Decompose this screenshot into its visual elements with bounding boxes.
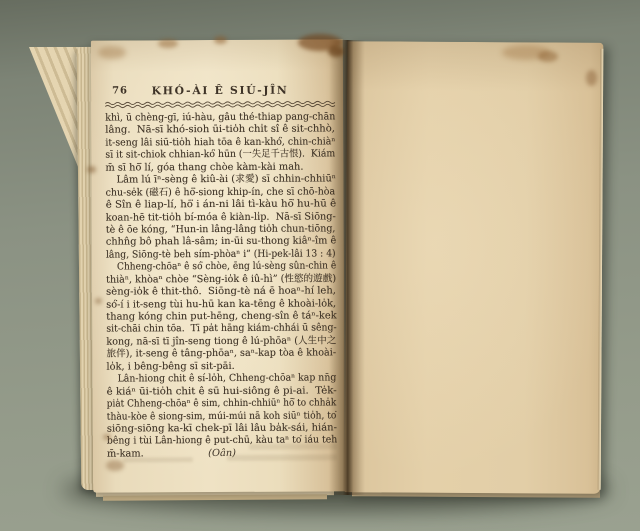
body-text: khì, ū chèng-gī, iú-hàu, gâu thé-thiap p…: [105, 111, 337, 460]
text-line: thàu-kòe ê siong-sim, múi-múi nā koh siū…: [107, 410, 337, 424]
text-line-content: pia̍t Chheng-chōaⁿ ê sim, chhin-chhiūⁿ h…: [107, 397, 337, 411]
text-line: thiàⁿ, khòaⁿ chòe “Sèng-io̍k ê iû-hì” (性…: [106, 273, 336, 287]
page-header: 76 KHÓ-ÀI Ê SIÚ-JÎN: [105, 83, 335, 99]
text-line-content: lâng. Nā-sī khó-sioh ūi-tio̍h chi̍t sî ê…: [105, 124, 335, 138]
text-line-content: sit-chāi chin tōa. Tī pa̍t hāng kiám-chh…: [106, 323, 336, 337]
text-line-content: it-seng lâi siū-tio̍h hiah tōa ê kan-khó…: [105, 136, 335, 150]
text-line: bêng i tùi Lân-hiong ê put-chū, kàu taⁿ …: [107, 435, 337, 449]
running-title: KHÓ-ÀI Ê SIÚ-JÎN: [105, 83, 335, 97]
open-book-photo: 76 KHÓ-ÀI Ê SIÚ-JÎN khì, ū chèng-gī, iú-…: [0, 0, 640, 531]
text-line: koan-hē tit-tio̍h bí-móa ê kiàn-li̍p. Nā…: [106, 211, 336, 225]
text-line-content: bêng i tùi Lân-hiong ê put-chū, kàu taⁿ …: [107, 435, 337, 449]
text-line-content: m̄-kam.: [107, 448, 144, 461]
text-line-content: kong, nā-sī tī jîn-seng tiong ê lú-phōaⁿ…: [106, 335, 336, 349]
text-line: chhn̂g bô phah lâ-sâm; in-ūi su-thong ki…: [106, 236, 336, 250]
text-line: Lâm lú īⁿ-sèng ê kiû-ài (求愛) sī chhin-ch…: [106, 174, 336, 188]
text-line: lâng. Nā-sī khó-sioh ūi-tio̍h chi̍t sî ê…: [105, 124, 335, 138]
text-line: siōng-siōng ka-kī chek-pī lâi lâu ba̍k-s…: [107, 422, 337, 436]
text-line-content: Lâm lú īⁿ-sèng ê kiû-ài (求愛) sī chhin-ch…: [117, 174, 337, 188]
closing-mark: (Oân): [208, 448, 236, 461]
text-line-content: chu-se̍k (磁石) ê hō͘-siong khip-ín, che s…: [106, 186, 336, 200]
text-line-content: tè ê ōe kóng, “Hun-in lâng-lâng tio̍h ch…: [106, 223, 336, 237]
text-line-content: siōng-siōng ka-kī chek-pī lâi lâu ba̍k-s…: [107, 422, 337, 436]
text-line: khì, ū chèng-gī, iú-hàu, gâu thé-thiap p…: [105, 111, 335, 125]
text-line: lâng, Siōng-tè beh sím-phòaⁿ i” (Hi-pek-…: [106, 248, 336, 262]
text-line: it-seng lâi siū-tio̍h hiah tōa ê kan-khó…: [105, 136, 335, 150]
text-line: chu-se̍k (磁石) ê hō͘-siong khip-ín, che s…: [106, 186, 336, 200]
text-line: sī it sit-chiok chhian-kó͘ hūn (一失足千古恨).…: [105, 149, 335, 163]
text-line: Lân-hiong chit ê sí-lo̍h, Chheng-chōaⁿ k…: [107, 373, 337, 387]
text-line-content: Lân-hiong chit ê sí-lo̍h, Chheng-chōaⁿ k…: [118, 373, 337, 387]
text-line-content: koan-hē tit-tio̍h bí-móa ê kiàn-li̍p. Nā…: [106, 211, 336, 225]
left-page: 76 KHÓ-ÀI Ê SIÚ-JÎN khì, ū chèng-gī, iú-…: [91, 39, 345, 492]
text-line: sèng-io̍k ê thit-thô. Siōng-tè ná ē hoaⁿ…: [106, 286, 336, 300]
text-line-content: thang kóng chin put-hēng, cheng-sîn ê tá…: [106, 310, 336, 324]
text-line-content: só͘-í i it-seng tùi hu-hū kan ka-tēng ê …: [106, 298, 336, 312]
text-line-content: chhn̂g bô phah lâ-sâm; in-ūi su-thong ki…: [106, 236, 336, 250]
text-line-last: m̄-kam.(Oân): [107, 447, 337, 461]
text-line-content: 旅伴), it-seng ê tâng-phōaⁿ, saⁿ-kap tòa ê…: [106, 348, 336, 362]
text-line: ê Sîn ê liap-lí, hō͘ i án-ni lâi tì-kàu …: [106, 198, 336, 212]
text-line-content: lâng, Siōng-tè beh sím-phòaⁿ i” (Hi-pek-…: [106, 248, 336, 262]
text-line: sit-chāi chin tōa. Tī pa̍t hāng kiám-chh…: [106, 323, 336, 337]
text-line-content: thàu-kòe ê siong-sim, múi-múi nā koh siū…: [107, 410, 337, 424]
text-line: lo̍k, i bêng-bêng sī sit-pāi.: [106, 360, 336, 374]
text-line-content: ê kiáⁿ ūi-tio̍h chit ê sū hui-siông ê pi…: [107, 385, 337, 399]
text-line: m̄ sī hō͘ lí, góa thang chòe kàm-kài mah…: [105, 161, 335, 175]
text-line-content: khì, ū chèng-gī, iú-hàu, gâu thé-thiap p…: [105, 111, 335, 125]
page-stack-corner: [29, 47, 83, 179]
text-line-content: sī it sit-chiok chhian-kó͘ hūn (一失足千古恨).…: [105, 149, 335, 163]
text-line-content: lo̍k, i bêng-bêng sī sit-pāi.: [106, 361, 234, 374]
text-line-content: Chheng-chōaⁿ ê só͘ chòe, ēng lú-sèng sûn…: [117, 261, 336, 275]
text-line: Chheng-chōaⁿ ê só͘ chòe, ēng lú-sèng sûn…: [106, 261, 336, 275]
right-page-blank: [345, 41, 604, 494]
text-line: thang kóng chin put-hēng, cheng-sîn ê tá…: [106, 310, 336, 324]
page-number: 76: [112, 85, 128, 96]
text-line-content: ê Sîn ê liap-lí, hō͘ i án-ni lâi tì-kàu …: [106, 198, 337, 212]
header-rule: [105, 100, 335, 108]
text-line: ê kiáⁿ ūi-tio̍h chit ê sū hui-siông ê pi…: [107, 385, 337, 399]
text-line: kong, nā-sī tī jîn-seng tiong ê lú-phōaⁿ…: [106, 335, 336, 349]
left-page-content: 76 KHÓ-ÀI Ê SIÚ-JÎN khì, ū chèng-gī, iú-…: [105, 83, 337, 460]
text-line-content: m̄ sī hō͘ lí, góa thang chòe kàm-kài mah…: [105, 161, 303, 174]
text-line: tè ê ōe kóng, “Hun-in lâng-lâng tio̍h ch…: [106, 223, 336, 237]
text-line: só͘-í i it-seng tùi hu-hū kan ka-tēng ê …: [106, 298, 336, 312]
text-line-content: thiàⁿ, khòaⁿ chòe “Sèng-io̍k ê iû-hì” (性…: [106, 273, 336, 287]
text-line: 旅伴), it-seng ê tâng-phōaⁿ, saⁿ-kap tòa ê…: [106, 348, 336, 362]
text-line-content: sèng-io̍k ê thit-thô. Siōng-tè ná ē hoaⁿ…: [106, 286, 336, 300]
text-line: pia̍t Chheng-chōaⁿ ê sim, chhin-chhiūⁿ h…: [107, 397, 337, 411]
